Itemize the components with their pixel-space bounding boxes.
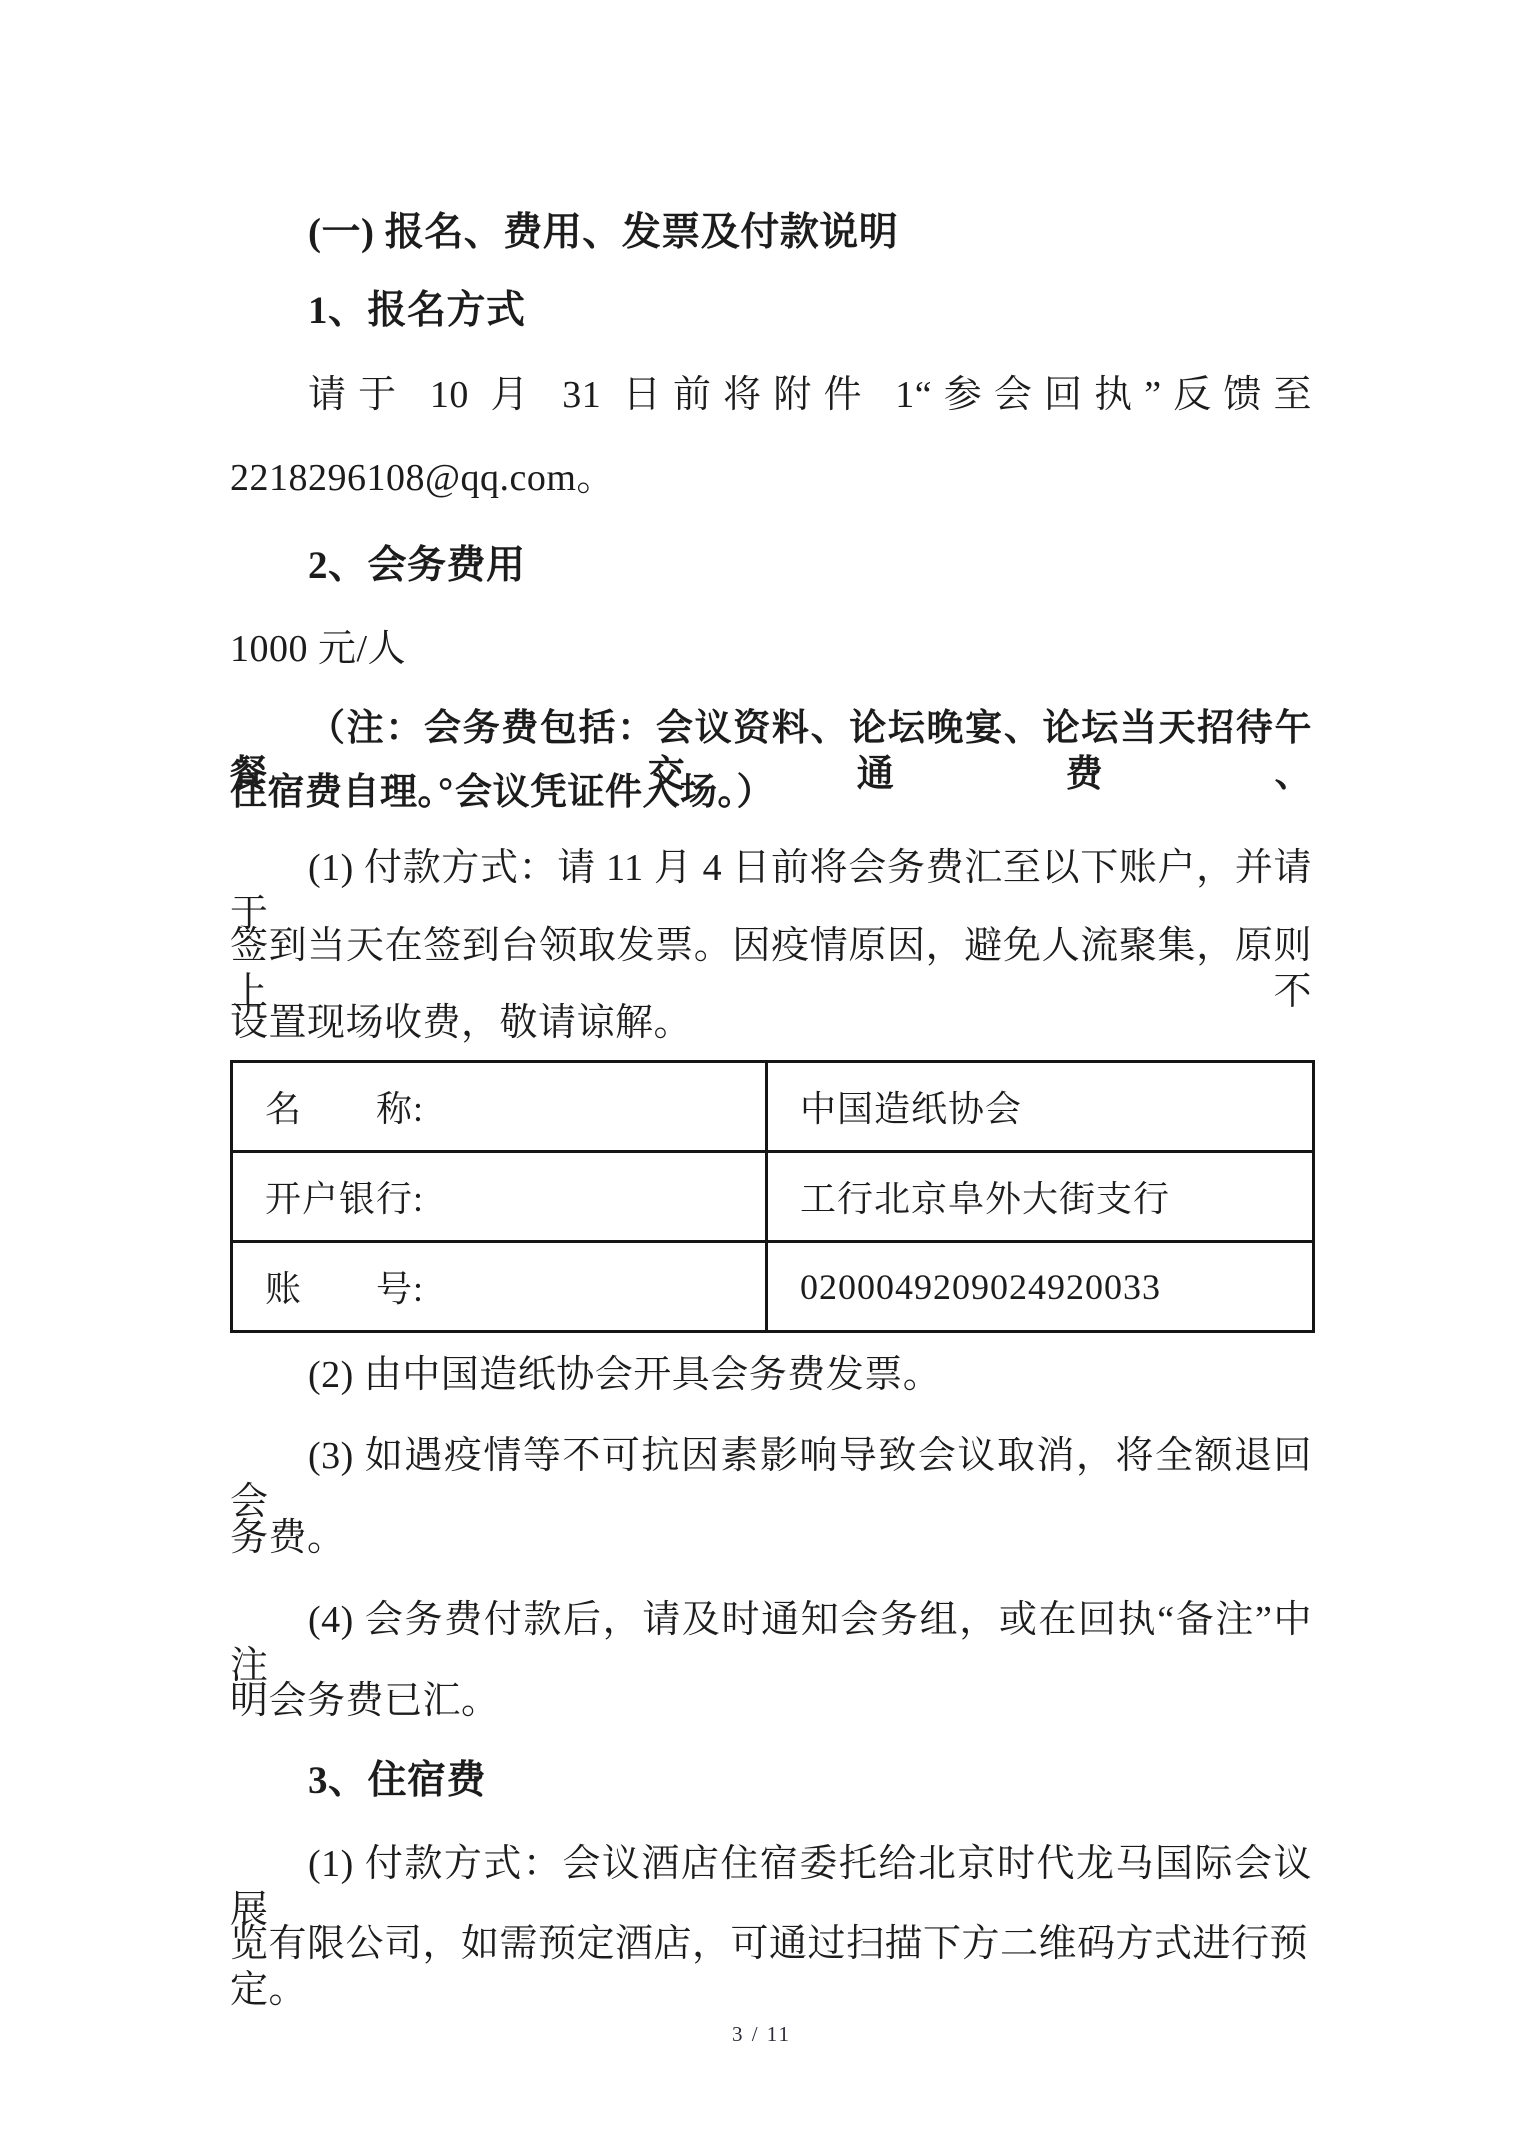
bank-account-value: 0200049209024920033 (767, 1242, 1314, 1332)
payment-item-3-line-1: (3) 如遇疫情等不可抗因素影响导致会议取消，将全额退回会 (230, 1433, 1312, 1525)
bank-name-row: 名 称: 中国造纸协会 (232, 1062, 1314, 1152)
bank-branch-value: 工行北京阜外大街支行 (767, 1152, 1314, 1242)
bank-account-row: 账 号: 0200049209024920033 (232, 1242, 1314, 1332)
registration-heading: 1、报名方式 (230, 288, 1312, 334)
bank-account-table: 名 称: 中国造纸协会 开户银行: 工行北京阜外大街支行 账 号: 020004… (230, 1060, 1315, 1333)
accommodation-item-line-2: 览有限公司，如需预定酒店，可通过扫描下方二维码方式进行预定。 (230, 1921, 1312, 2013)
page-number: 3 / 11 (0, 2022, 1523, 2047)
registration-email-line: 2218296108@qq.com。 (230, 455, 1312, 501)
payment-item-2: (2) 由中国造纸协会开具会务费发票。 (230, 1352, 1312, 1398)
fee-heading: 2、会务费用 (230, 543, 1312, 589)
payment-item-4-line-1: (4) 会务费付款后，请及时通知会务组，或在回执“备注”中注 (230, 1597, 1312, 1689)
registration-deadline-line: 请于 10 月 31 日前将附件 1“参会回执”反馈至 (230, 372, 1312, 418)
bank-branch-label: 开户银行: (232, 1152, 767, 1242)
payment-item-3-line-2: 务费。 (230, 1515, 1312, 1561)
fee-note-line-2: 住宿费自理。会议凭证件入场。） (230, 770, 1312, 816)
section-heading: (一) 报名、费用、发票及付款说明 (230, 210, 1312, 256)
document-content: (一) 报名、费用、发票及付款说明 1、报名方式 请于 10 月 31 日前将附… (230, 0, 1312, 2155)
payment-item-4-line-2: 明会务费已汇。 (230, 1678, 1312, 1724)
document-page: (一) 报名、费用、发票及付款说明 1、报名方式 请于 10 月 31 日前将附… (0, 0, 1523, 2155)
bank-name-value: 中国造纸协会 (767, 1062, 1314, 1152)
accommodation-heading: 3、住宿费 (230, 1758, 1312, 1804)
payment-item-1-line-3: 设置现场收费，敬请谅解。 (230, 1000, 1312, 1046)
bank-account-label: 账 号: (232, 1242, 767, 1332)
bank-name-label: 名 称: (232, 1062, 767, 1152)
bank-branch-row: 开户银行: 工行北京阜外大街支行 (232, 1152, 1314, 1242)
accommodation-item-line-1: (1) 付款方式：会议酒店住宿委托给北京时代龙马国际会议展 (230, 1841, 1312, 1933)
fee-amount: 1000 元/人 (230, 626, 1312, 672)
